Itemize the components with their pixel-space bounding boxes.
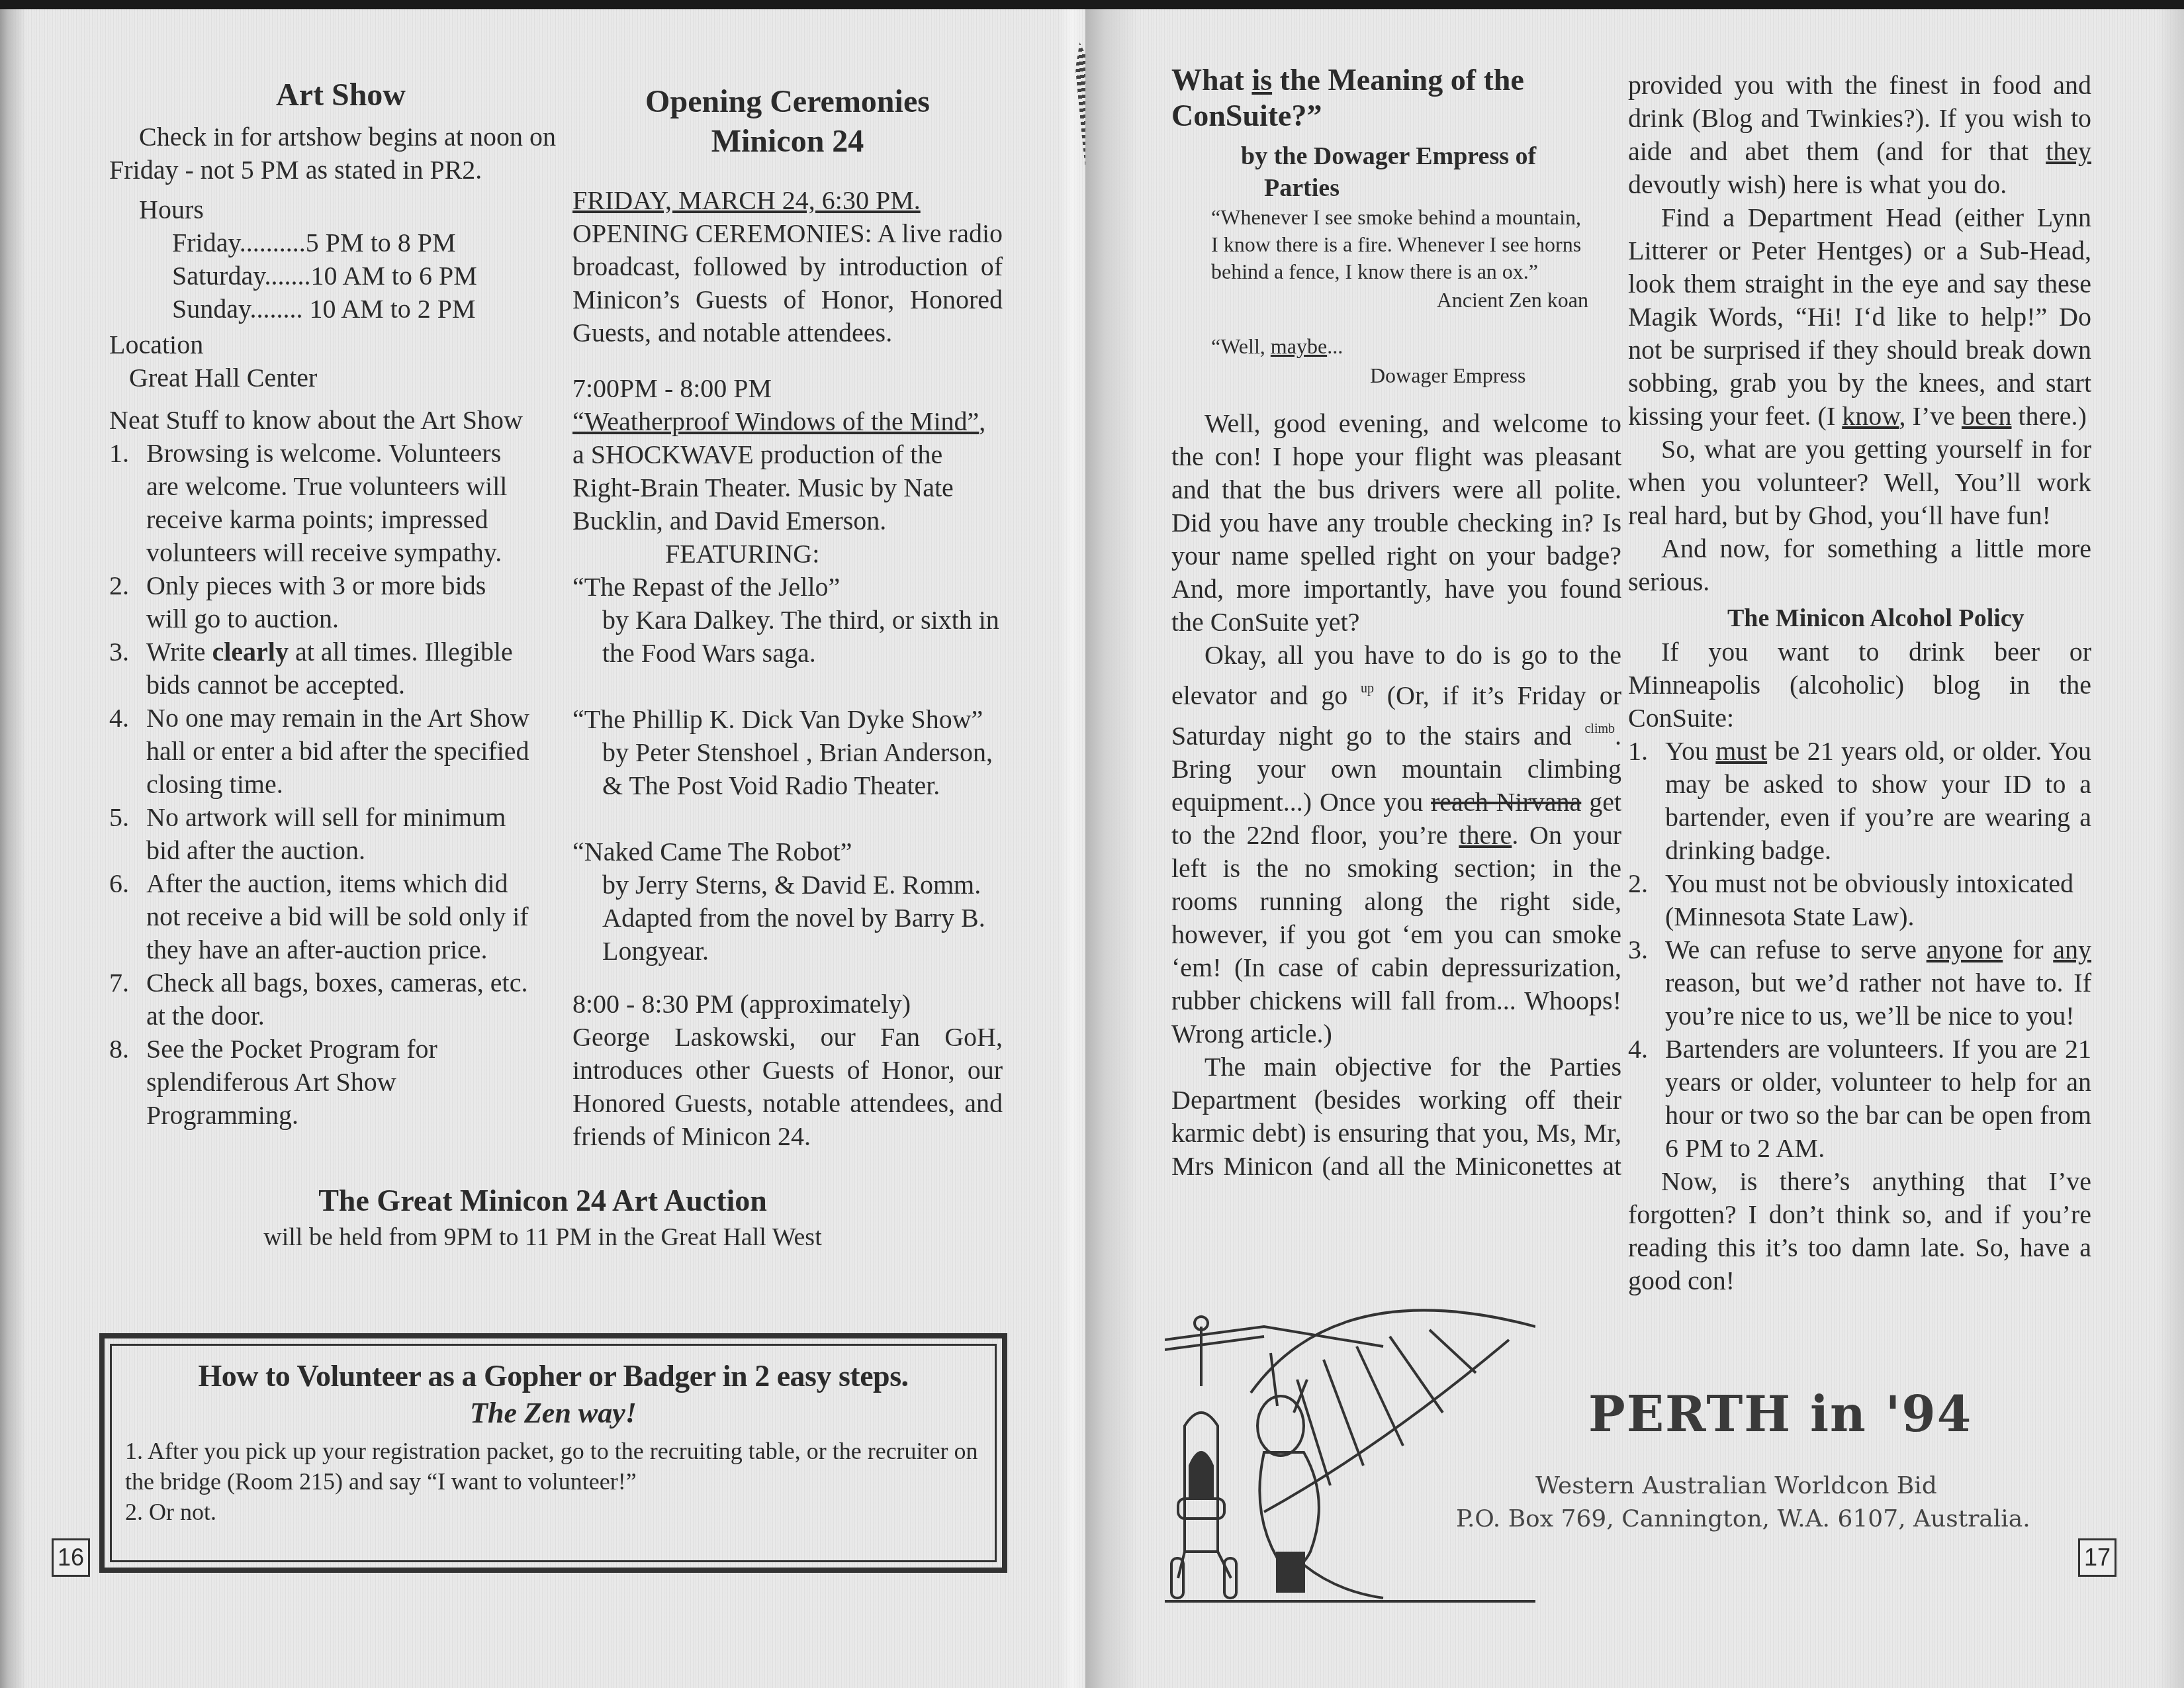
auction-subtitle: will be held from 9PM to 11 PM in the Gr… — [99, 1221, 986, 1254]
rule-number: 2. — [1628, 867, 1648, 900]
para-text: Find a Department Head (either Lynn Litt… — [1628, 203, 2091, 431]
rule-emphasis: clearly — [212, 637, 289, 667]
koan-attribution: Ancient Zen koan — [1171, 285, 1588, 314]
rule-text: We can refuse to serve — [1665, 935, 1927, 964]
rule-text: See the Pocket Program for splendiferous… — [146, 1034, 437, 1130]
rule-text: Bartenders are volunteers. If you are 21… — [1665, 1034, 2091, 1163]
consuite-title: What is the Meaning of the ConSuite?” — [1171, 62, 1542, 134]
hours-row: Friday..........5 PM to 8 PM — [172, 226, 559, 259]
reply-attribution: Dowager Empress — [1370, 361, 1621, 390]
rule-item: 7.Check all bags, boxes, cameras, etc. a… — [109, 966, 533, 1033]
rule-number: 5. — [109, 801, 129, 834]
location-label: Location — [109, 328, 559, 361]
para-text: devoutly wish) here is what you do. — [1628, 169, 2007, 199]
volunteer-box-inner: How to Volunteer as a Gopher or Badger i… — [110, 1344, 997, 1562]
opening-ceremonies-section: Opening Ceremonies Minicon 24 FRIDAY, MA… — [572, 82, 1003, 1153]
rule-number: 3. — [1628, 933, 1648, 966]
perth-ad-title: PERTH in '94 — [1588, 1386, 1972, 1443]
slot3-time: 8:00 - 8:30 PM (approximately) — [572, 988, 1003, 1021]
art-show-title: Art Show — [109, 75, 559, 115]
opening-description: OPENING CEREMONIES: A live radio broadca… — [572, 217, 1003, 350]
reply-emphasis: maybe — [1271, 334, 1327, 358]
para-text: there.) — [2011, 401, 2086, 431]
consuite-paragraph-1: Well, good evening, and welcome to the c… — [1171, 407, 1621, 639]
right-page: What is the Meaning of the ConSuite?” by… — [1085, 9, 2184, 1688]
rule-number: 4. — [109, 702, 129, 735]
hours-time: 10 AM to 2 PM — [302, 294, 475, 324]
feature-credit: by Kara Dalkey. The third, or sixth in t… — [602, 604, 1003, 670]
opening-subtitle: Minicon 24 — [572, 122, 1003, 162]
alcohol-intro: If you want to drink beer or Minneapolis… — [1628, 635, 2091, 735]
title-emphasis: is — [1251, 63, 1272, 97]
alcohol-rule: 4.Bartenders are volunteers. If you are … — [1628, 1033, 2091, 1165]
alcohol-rules: 1.You must be 21 years old, or older. Yo… — [1628, 735, 2091, 1165]
feature-title: “The Phillip K. Dick Van Dyke Show” — [572, 703, 1003, 736]
alcohol-rule: 1.You must be 21 years old, or older. Yo… — [1628, 735, 2091, 867]
para-emphasis: they — [2046, 136, 2091, 166]
superscript-up: up — [1361, 681, 1374, 696]
para-emphasis: there — [1459, 820, 1512, 850]
feature-title: “The Repast of the Jello” — [572, 571, 1003, 604]
rule-number: 4. — [1628, 1033, 1648, 1066]
rule-text: No one may remain in the Art Show hall o… — [146, 703, 529, 799]
rule-text: reason, but we’d rather not have to. If … — [1665, 968, 2091, 1031]
feature-credit: by Jerry Sterns, & David E. Romm. Adapte… — [602, 868, 993, 968]
byline-line: by the Dowager Empress of — [1241, 140, 1621, 172]
rule-number: 2. — [109, 569, 129, 602]
volunteer-step-1: 1. After you pick up your registration p… — [125, 1436, 981, 1497]
rule-number: 7. — [109, 966, 129, 1000]
byline-line: Parties — [1264, 172, 1621, 204]
perth-worldcon-ad: PERTH in '94 Western Australian Worldcon… — [1165, 1300, 2118, 1605]
consuite-article: What is the Meaning of the ConSuite?” by… — [1171, 62, 1621, 1183]
closing-paragraph: Now, is there’s anything that I’ve forgo… — [1628, 1165, 2091, 1297]
superscript-climb: climb — [1584, 722, 1615, 736]
page-number-right: 17 — [2078, 1538, 2116, 1577]
slot2-description: “Weatherproof Windows of the Mind”, a SH… — [572, 405, 1003, 538]
rule-text: No artwork will sell for minimum bid aft… — [146, 802, 506, 865]
opening-date: FRIDAY, MARCH 24, 6:30 PM. — [572, 184, 1003, 217]
hours-label: Hours — [139, 193, 559, 226]
art-show-rules: 1.Browsing is welcome. Volunteers are we… — [109, 437, 533, 1132]
volunteer-step-2: 2. Or not. — [125, 1497, 981, 1527]
para-text: provided you with the finest in food and… — [1628, 70, 2091, 166]
rule-text: Check all bags, boxes, cameras, etc. at … — [146, 968, 527, 1031]
rule-text: for — [2003, 935, 2053, 964]
hours-row: Saturday.......10 AM to 6 PM — [172, 259, 559, 293]
rule-text: You must not be obviously intoxicated (M… — [1665, 868, 2073, 931]
para-text: The main objective for the Parties Depar… — [1171, 1052, 1621, 1183]
opening-title: Opening Ceremonies — [572, 82, 1003, 122]
rule-text: Only pieces with 3 or more bids will go … — [146, 571, 486, 633]
slot2-title: “Weatherproof Windows of the Mind” — [572, 406, 979, 436]
title-text: What — [1171, 63, 1251, 97]
reply-text: ... — [1327, 334, 1343, 358]
feature-credit: by Peter Stenshoel , Brian Anderson, & T… — [602, 736, 1003, 802]
consuite-paragraph-6: And now, for something a little more ser… — [1628, 532, 2091, 598]
consuite-paragraph-2: Okay, all you have to do is go to the el… — [1171, 639, 1621, 1051]
consuite-byline: by the Dowager Empress of Parties — [1171, 140, 1621, 204]
alcohol-rule: 3.We can refuse to serve anyone for any … — [1628, 933, 2091, 1033]
reply-text: “Well, — [1211, 334, 1271, 358]
hours-time: 10 AM to 6 PM — [311, 261, 477, 291]
left-page: Art Show Check in for artshow begins at … — [0, 9, 1085, 1688]
consuite-paragraph-3: The main objective for the Parties Depar… — [1171, 1051, 1621, 1183]
para-emphasis: been — [1962, 401, 2012, 431]
rule-item: 5.No artwork will sell for minimum bid a… — [109, 801, 533, 867]
magazine-spread: Art Show Check in for artshow begins at … — [0, 9, 2184, 1688]
hours-day: Saturday....... — [172, 261, 311, 291]
rule-text: Browsing is welcome. Volunteers are welc… — [146, 438, 507, 567]
slot3-description: George Laskowski, our Fan GoH, introduce… — [572, 1021, 1003, 1153]
para-emphasis: know — [1842, 401, 1899, 431]
struck-text: reach Nirvana — [1431, 787, 1581, 817]
rule-item: 6.After the auction, items which did not… — [109, 867, 533, 966]
art-show-intro: Check in for artshow begins at noon on F… — [109, 120, 559, 187]
empress-reply: “Well, maybe... — [1211, 332, 1621, 361]
para-text: , I’ve — [1899, 401, 1962, 431]
feature-title: “Naked Came The Robot” — [572, 835, 1003, 868]
rule-number: 6. — [109, 867, 129, 900]
rule-item: 3.Write clearly at all times. Illegible … — [109, 635, 533, 702]
rule-item: 2.Only pieces with 3 or more bids will g… — [109, 569, 533, 635]
alcohol-policy-title: The Minicon Alcohol Policy — [1727, 601, 2091, 635]
consuite-paragraph-4: Find a Department Head (either Lynn Litt… — [1628, 201, 2091, 433]
hours-day: Sunday........ — [172, 294, 302, 324]
consuite-paragraph-5: So, what are you getting yourself in for… — [1628, 433, 2091, 532]
rule-item: 8.See the Pocket Program for splendifero… — [109, 1033, 533, 1132]
perth-ad-line-1: Western Australian Worldcon Bid — [1535, 1472, 1937, 1499]
hours-day: Friday.......... — [172, 228, 306, 258]
consuite-paragraph-3-continued: provided you with the finest in food and… — [1628, 69, 2091, 201]
perth-ad-line-2: P.O. Box 769, Cannington, W.A. 6107, Aus… — [1456, 1505, 2030, 1532]
rule-item: 4.No one may remain in the Art Show hall… — [109, 702, 533, 801]
auction-title: The Great Minicon 24 Art Auction — [99, 1181, 986, 1221]
rule-number: 1. — [1628, 735, 1648, 768]
volunteer-title: How to Volunteer as a Gopher or Badger i… — [125, 1358, 981, 1395]
rule-number: 1. — [109, 437, 129, 470]
hours-time: 5 PM to 8 PM — [306, 228, 456, 258]
rule-text: You — [1665, 736, 1715, 766]
rule-emphasis: anyone — [1927, 935, 2003, 964]
alcohol-rule: 2.You must not be obviously intoxicated … — [1628, 867, 2091, 933]
rule-text: Write — [146, 637, 212, 667]
location-value: Great Hall Center — [129, 361, 559, 395]
hours-list: Friday..........5 PM to 8 PM Saturday...… — [172, 226, 559, 326]
rule-text: After the auction, items which did not r… — [146, 868, 529, 964]
zen-koan-quote: “Whenever I see smoke behind a mountain,… — [1211, 204, 1582, 285]
art-auction-section: The Great Minicon 24 Art Auction will be… — [99, 1181, 986, 1254]
art-show-section: Art Show Check in for artshow begins at … — [109, 75, 559, 1132]
page-number-left: 16 — [52, 1538, 90, 1577]
rule-emphasis: must — [1715, 736, 1767, 766]
rule-number: 3. — [109, 635, 129, 669]
slot2-time: 7:00PM - 8:00 PM — [572, 372, 1003, 405]
rule-item: 1.Browsing is welcome. Volunteers are we… — [109, 437, 533, 569]
featuring-label: FEATURING: — [665, 538, 1003, 571]
volunteer-subtitle: The Zen way! — [125, 1395, 981, 1432]
para-text: . On your left is the no smoking section… — [1171, 820, 1621, 1049]
rule-emphasis: any — [2053, 935, 2091, 964]
hours-row: Sunday........ 10 AM to 2 PM — [172, 293, 559, 326]
consuite-continued-column: provided you with the finest in food and… — [1628, 69, 2091, 1297]
volunteer-box: How to Volunteer as a Gopher or Badger i… — [99, 1333, 1007, 1573]
neat-stuff-label: Neat Stuff to know about the Art Show — [109, 404, 559, 437]
rule-number: 8. — [109, 1033, 129, 1066]
kangaroo-gyrocopter-illustration — [1165, 1300, 1535, 1605]
